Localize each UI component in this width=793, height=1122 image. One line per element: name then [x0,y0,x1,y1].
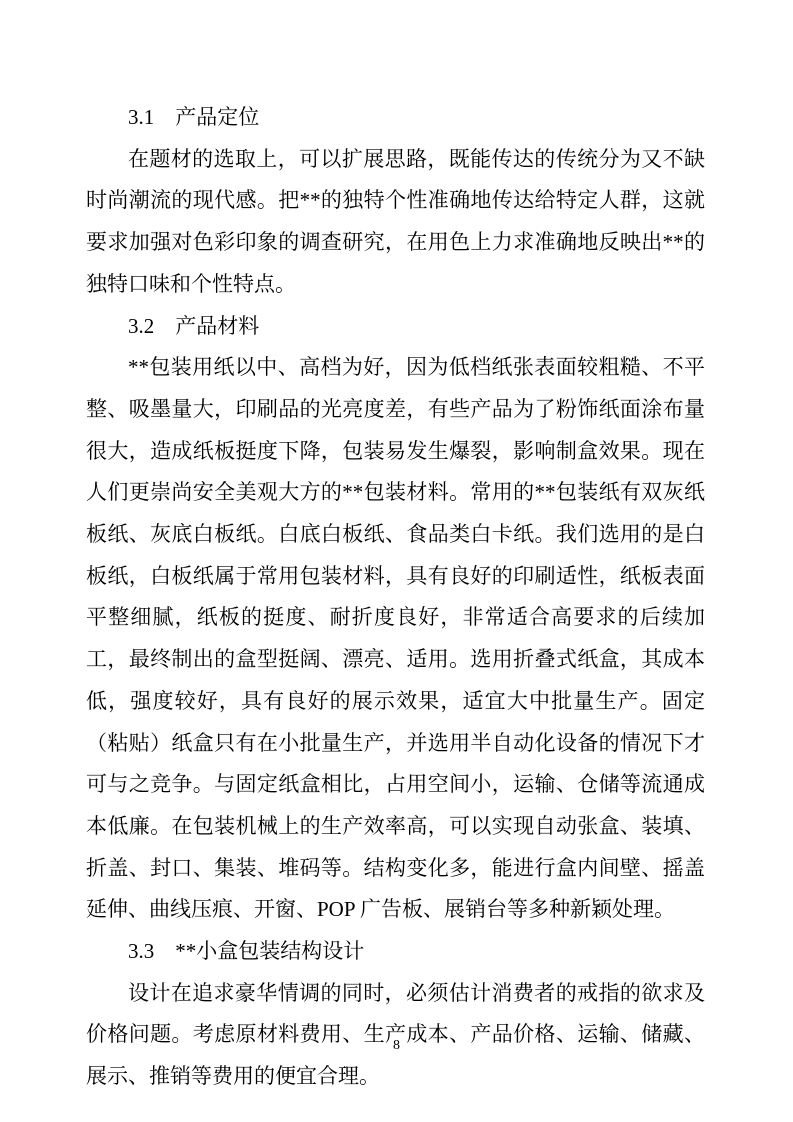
document-content: 3.1 产品定位 在题材的选取上，可以扩展思路，既能传达的传统分为又不缺时尚潮流… [86,97,705,1098]
paragraph-product-materials: **包装用纸以中、高档为好，因为低档纸张表面较粗糙、不平整、吸墨量大，印刷品的光… [86,347,705,931]
section-heading-3-3: 3.3 **小盒包装结构设计 [86,931,705,973]
section-heading-3-2: 3.2 产品材料 [86,306,705,348]
document-page: 3.1 产品定位 在题材的选取上，可以扩展思路，既能传达的传统分为又不缺时尚潮流… [0,0,793,1122]
page-number: 8 [0,1036,793,1056]
section-heading-3-1: 3.1 产品定位 [86,97,705,139]
paragraph-product-positioning: 在题材的选取上，可以扩展思路，既能传达的传统分为又不缺时尚潮流的现代感。把**的… [86,139,705,306]
